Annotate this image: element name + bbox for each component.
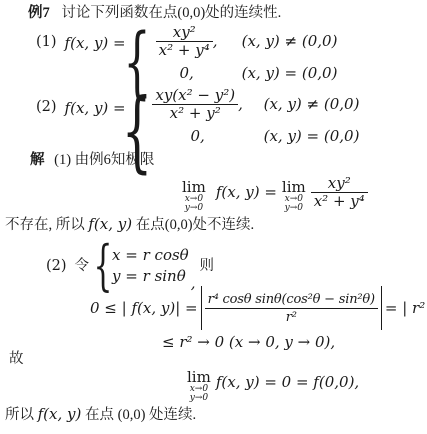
limit-operator: lim x→0 y→0 bbox=[282, 172, 306, 213]
display-limit-equation-1: lim x→0 y→0 f(x, y) = lim x→0 y→0 xy² x²… bbox=[182, 172, 368, 213]
lim-word: lim bbox=[187, 370, 211, 385]
fraction: xy(x² − y²) x² + y² bbox=[152, 87, 238, 122]
fraction: xy² x² + y⁴ bbox=[156, 24, 213, 59]
eq2-condition-1: (x, y) ≠ (0,0) bbox=[264, 95, 360, 114]
display3-rest: f(x, y) = 0 = f(0,0), bbox=[216, 373, 359, 392]
eq1-condition-1: (x, y) ≠ (0,0) bbox=[242, 32, 338, 51]
eq1-cases: xy² x² + y⁴ , (x, y) ≠ (0,0) 0, (x, y) =… bbox=[146, 24, 338, 83]
fraction: r⁴ cosθ sinθ(cos²θ − sin²θ) r² bbox=[205, 291, 378, 326]
sub-label: (2) bbox=[46, 258, 67, 274]
fraction-denominator: r² bbox=[283, 309, 300, 326]
solve-label: 解 bbox=[30, 152, 45, 168]
conclusion1-post: 在点(0,0)处不连续. bbox=[132, 217, 254, 233]
solution1-intro: 解 (1) 由例6知极限 bbox=[30, 151, 154, 170]
heading: 例7 讨论下列函数在点(0,0)处的连续性. bbox=[28, 4, 281, 23]
lim-sub-y: y→0 bbox=[185, 204, 203, 213]
solution2-conclusion: 所以 f(x, y) 在点 (0,0) 处连续. bbox=[5, 405, 196, 425]
inequality-line-2: ≤ r² → 0 (x → 0, y → 0), bbox=[162, 333, 427, 352]
system-y-line: y = r sinθ bbox=[112, 266, 189, 287]
fraction-numerator: xy(x² − y²) bbox=[152, 87, 238, 104]
fraction: xy² x² + y⁴ bbox=[311, 175, 368, 210]
solution1-conclusion: 不存在, 所以 f(x, y) 在点(0,0)处不连续. bbox=[5, 215, 254, 235]
conclusion1-pre: 不存在, 所以 bbox=[5, 217, 88, 233]
eq2-zero-value: 0, bbox=[190, 127, 204, 146]
fraction-denominator: x² + y² bbox=[167, 105, 224, 122]
conclusion2-math: f(x, y) bbox=[38, 405, 82, 423]
substitution-block: (2) 令 { x = r cosθ y = r sinθ , 则 bbox=[46, 239, 214, 293]
abs-bar-left bbox=[201, 286, 202, 330]
eq1-condition-2: (x, y) = (0,0) bbox=[242, 64, 338, 83]
system-equations: x = r cosθ y = r sinθ bbox=[112, 245, 189, 287]
abs-bar-right bbox=[381, 286, 382, 330]
limit-operator: lim x→0 y→0 bbox=[182, 172, 206, 213]
inequality-right: = | r² sin 4θ| bbox=[385, 299, 427, 318]
eq2-case-row-1: xy(x² − y²) x² + y² , (x, y) ≠ (0,0) bbox=[146, 87, 360, 122]
fraction-numerator: xy² bbox=[325, 175, 354, 192]
eq1-zero-value: 0, bbox=[179, 64, 193, 83]
fraction-denominator: x² + y⁴ bbox=[311, 193, 368, 210]
eq2-case-row-2: 0, (x, y) = (0,0) bbox=[146, 127, 360, 146]
then-word: 则 bbox=[200, 257, 215, 276]
eq2-condition-2: (x, y) = (0,0) bbox=[264, 127, 360, 146]
eq2-label: (2) bbox=[36, 99, 57, 115]
heading-text: 讨论下列函数在点(0,0)处的连续性. bbox=[61, 5, 281, 21]
display-inequality: 0 ≤ | f(x, y)| = r⁴ cosθ sinθ(cos²θ − si… bbox=[90, 286, 427, 352]
eq1-label: (1) bbox=[36, 34, 57, 50]
fraction-numerator: xy² bbox=[170, 24, 199, 41]
inequality-line2-text: ≤ r² → 0 (x → 0, y → 0), bbox=[162, 333, 335, 352]
let-word: 令 bbox=[75, 257, 90, 276]
gu-word: 故 bbox=[9, 350, 24, 369]
limit-operator: lim x→0 y→0 bbox=[187, 362, 211, 403]
inequality-line-1: 0 ≤ | f(x, y)| = r⁴ cosθ sinθ(cos²θ − si… bbox=[90, 286, 427, 330]
lim-sub-y: y→0 bbox=[190, 394, 208, 403]
conclusion1-math: f(x, y) bbox=[88, 215, 132, 233]
eq1-case-row-2: 0, (x, y) = (0,0) bbox=[146, 64, 338, 83]
comma: , bbox=[213, 32, 218, 51]
left-curly-brace: { bbox=[99, 239, 107, 293]
solution1-intro-text: (1) 由例6知极限 bbox=[54, 152, 154, 168]
comma: , bbox=[238, 95, 243, 114]
fraction-denominator: x² + y⁴ bbox=[156, 42, 213, 59]
eq2-lhs: f(x, y) = bbox=[65, 99, 126, 118]
fraction-numerator: r⁴ cosθ sinθ(cos²θ − sin²θ) bbox=[205, 291, 378, 308]
document-page: 例7 讨论下列函数在点(0,0)处的连续性. (1) f(x, y) = { x… bbox=[0, 0, 427, 434]
conclusion2-pre: 所以 bbox=[5, 407, 38, 423]
display-limit-equation-2: lim x→0 y→0 f(x, y) = 0 = f(0,0), bbox=[187, 362, 359, 403]
eq1-lhs: f(x, y) = bbox=[65, 34, 126, 53]
lim-word: lim bbox=[282, 180, 306, 195]
conclusion2-post: 在点 (0,0) 处连续. bbox=[81, 407, 196, 423]
example-label: 例7 bbox=[28, 5, 50, 21]
lim-sub-y: y→0 bbox=[285, 204, 303, 213]
system-x-line: x = r cosθ bbox=[112, 245, 189, 266]
inequality-left: 0 ≤ | f(x, y)| = bbox=[90, 299, 198, 318]
eq2-cases: xy(x² − y²) x² + y² , (x, y) ≠ (0,0) 0, … bbox=[146, 87, 360, 146]
lim-word: lim bbox=[182, 180, 206, 195]
eq1-case-row-1: xy² x² + y⁴ , (x, y) ≠ (0,0) bbox=[146, 24, 338, 59]
display1-middle: f(x, y) = bbox=[216, 183, 277, 202]
